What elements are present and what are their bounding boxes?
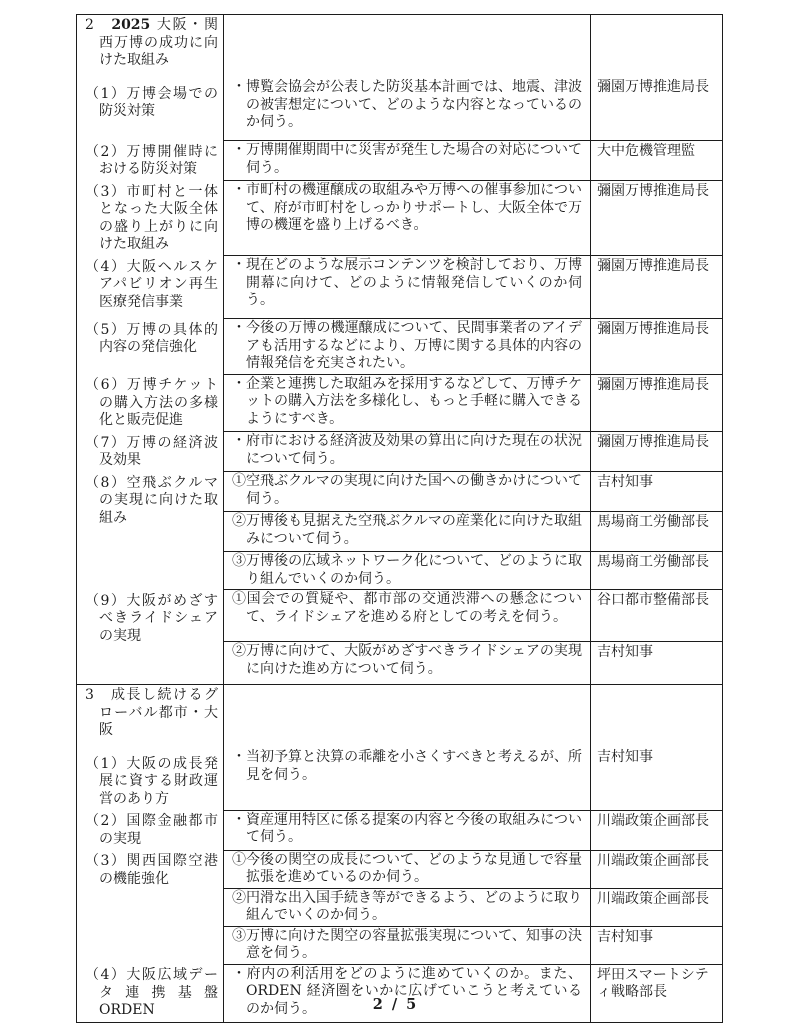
topic-cell: （3）関西国際空港の機能強化: [77, 850, 224, 964]
topic-cell: （4）大阪広域データ連携基盤 ORDEN: [77, 964, 224, 1022]
respondent-cell: 彌園万博推進局長: [591, 319, 723, 375]
section-heading-bold: 2025: [111, 17, 157, 33]
respondent-name: 彌園万博推進局長: [597, 434, 718, 452]
respondent-name: 彌園万博推進局長: [597, 321, 718, 339]
table-row: （3）市町村と一体となった大阪全体の盛り上がりに向けた取組み・市町村の機運醸成の…: [77, 181, 723, 256]
table-row: （5）万博の具体的内容の発信強化・今後の万博の機運醸成について、民間事業者のアイ…: [77, 319, 723, 375]
respondent-name: 川端政策企画部長: [597, 813, 718, 831]
question-cell: ②万博に向けて、大阪がめざすべきライドシェアの実現に向けた進め方について伺う。: [224, 642, 591, 685]
topic-cell: （4）大阪ヘルスケアパビリオン再生医療発信事業: [77, 256, 224, 319]
question-cell: ・資産運用特区に係る提案の内容と今後の取組みについて伺う。: [224, 810, 591, 850]
respondent-cell: 吉村知事: [591, 642, 723, 685]
page-number: 2 / 5: [0, 996, 791, 1013]
respondent-cell: 馬場商工労働部長: [591, 512, 723, 552]
respondent-name: 吉村知事: [597, 749, 718, 767]
question-text: ・企業と連携した取組みを採用するなどして、万博チケットの購入方法を多様化し、もっ…: [232, 376, 582, 429]
topic-cell: （2）万博開催時における防災対策: [77, 141, 224, 181]
document-page: 2 2025 大阪・関西万博の成功に向けた取組み（1）万博会場での防災対策・博覧…: [0, 0, 791, 1024]
respondent-cell: 彌園万博推進局長: [591, 256, 723, 319]
question-cell: ②万博後も見据えた空飛ぶクルマの産業化に向けた取組みについて伺う。: [224, 512, 591, 552]
table-row: （4）大阪広域データ連携基盤 ORDEN・府内の利活用をどのように進めていくのか…: [77, 964, 723, 1022]
respondent-name: 谷口都市整備部長: [597, 592, 718, 610]
question-cell: ・今後の万博の機運醸成について、民間事業者のアイデアも活用するなどにより、万博に…: [224, 319, 591, 375]
question-cell: ①空飛ぶクルマの実現に向けた国への働きかけについて伺う。: [224, 472, 591, 512]
question-text: ①空飛ぶクルマの実現に向けた国への働きかけについて伺う。: [232, 473, 582, 508]
topic-label: （4）大阪ヘルスケアパビリオン再生医療発信事業: [85, 259, 218, 312]
respondent-name: 川端政策企画部長: [597, 853, 718, 871]
topic-label: （8）空飛ぶクルマの実現に向けた取組み: [85, 475, 218, 528]
question-text: ①国会での質疑や、都市部の交通渋滞への懸念について、ライドシェアを進める府として…: [232, 591, 582, 626]
question-cell: ・府内の利活用をどのように進めていくのか。また、ORDEN 経済圏をいかに広げて…: [224, 964, 591, 1022]
respondent-cell: 川端政策企画部長: [591, 810, 723, 850]
section-heading-text: 成長し続けるグローバル都市・大阪: [99, 687, 218, 738]
topic-cell: 2 2025 大阪・関西万博の成功に向けた取組み（1）万博会場での防災対策: [77, 15, 224, 141]
question-text: ・府市における経済波及効果の算出に向けた現在の状況について伺う。: [232, 433, 582, 468]
section-heading: 3 成長し続けるグローバル都市・大阪: [85, 687, 218, 740]
respondent-name: 吉村知事: [597, 929, 718, 947]
question-cell: ①今後の関空の成長について、どのような見通しで容量拡張を進めているのか伺う。: [224, 850, 591, 888]
topic-label: （3）関西国際空港の機能強化: [85, 853, 218, 888]
topic-label: （9）大阪がめざすべきライドシェアの実現: [85, 593, 218, 646]
topic-cell: 3 成長し続けるグローバル都市・大阪（1）大阪の成長発展に資する財政運営のあり方: [77, 685, 224, 811]
respondent-cell: 吉村知事: [591, 472, 723, 512]
question-cell: ①国会での質疑や、都市部の交通渋滞への懸念について、ライドシェアを進める府として…: [224, 590, 591, 642]
question-text: ③万博後の広域ネットワーク化について、どのように取り組んでいくのか伺う。: [232, 553, 582, 588]
topic-label: （1）大阪の成長発展に資する財政運営のあり方: [85, 756, 218, 809]
topic-cell: （2）国際金融都市の実現: [77, 810, 224, 850]
respondent-name: 川端政策企画部長: [597, 891, 718, 909]
topic-label: （7）万博の経済波及効果: [85, 435, 218, 470]
respondent-name: 馬場商工労働部長: [597, 554, 718, 572]
table-row: （6）万博チケットの購入方法の多様化と販売促進・企業と連携した取組みを採用するな…: [77, 374, 723, 432]
respondent-cell: 川端政策企画部長: [591, 850, 723, 888]
respondent-name: 吉村知事: [597, 644, 718, 662]
section-number: 2: [85, 17, 111, 33]
table-row: （9）大阪がめざすべきライドシェアの実現①国会での質疑や、都市部の交通渋滞への懸…: [77, 590, 723, 642]
table-row: 3 成長し続けるグローバル都市・大阪（1）大阪の成長発展に資する財政運営のあり方…: [77, 685, 723, 811]
respondent-cell: 川端政策企画部長: [591, 888, 723, 926]
question-text: ・今後の万博の機運醸成について、民間事業者のアイデアも活用するなどにより、万博に…: [232, 320, 582, 373]
table-row: （2）国際金融都市の実現・資産運用特区に係る提案の内容と今後の取組みについて伺う…: [77, 810, 723, 850]
question-cell: ・企業と連携した取組みを採用するなどして、万博チケットの購入方法を多様化し、もっ…: [224, 374, 591, 432]
question-cell: ②円滑な出入国手続き等ができるよう、どのように取り組んでいくのか伺う。: [224, 888, 591, 926]
topic-cell: （7）万博の経済波及効果: [77, 432, 224, 472]
topic-label: （3）市町村と一体となった大阪全体の盛り上がりに向けた取組み: [85, 184, 218, 254]
respondent-cell: 馬場商工労働部長: [591, 552, 723, 590]
table-row: （4）大阪ヘルスケアパビリオン再生医療発信事業・現在どのような展示コンテンツを検…: [77, 256, 723, 319]
respondent-cell: 彌園万博推進局長: [591, 15, 723, 141]
respondent-cell: 大中危機管理監: [591, 141, 723, 181]
question-text: ②万博に向けて、大阪がめざすべきライドシェアの実現に向けた進め方について伺う。: [232, 643, 582, 678]
inquiry-table: 2 2025 大阪・関西万博の成功に向けた取組み（1）万博会場での防災対策・博覧…: [76, 14, 723, 1023]
topic-cell: （3）市町村と一体となった大阪全体の盛り上がりに向けた取組み: [77, 181, 224, 256]
question-cell: ・当初予算と決算の乖離を小さくすべきと考えるが、所見を伺う。: [224, 685, 591, 811]
respondent-name: 大中危機管理監: [597, 143, 718, 161]
table-row: 2 2025 大阪・関西万博の成功に向けた取組み（1）万博会場での防災対策・博覧…: [77, 15, 723, 141]
respondent-cell: 彌園万博推進局長: [591, 374, 723, 432]
table-row: （8）空飛ぶクルマの実現に向けた取組み①空飛ぶクルマの実現に向けた国への働きかけ…: [77, 472, 723, 512]
respondent-cell: 彌園万博推進局長: [591, 432, 723, 472]
topic-label: （5）万博の具体的内容の発信強化: [85, 322, 218, 357]
respondent-name: 彌園万博推進局長: [597, 377, 718, 395]
respondent-cell: 吉村知事: [591, 685, 723, 811]
question-text: ・資産運用特区に係る提案の内容と今後の取組みについて伺う。: [232, 812, 582, 847]
question-text: ・万博開催期間中に災害が発生した場合の対応について伺う。: [232, 142, 582, 177]
question-text: ・博覧会協会が公表した防災基本計画では、地震、津波の被害想定について、どのような…: [232, 79, 582, 132]
respondent-name: 彌園万博推進局長: [597, 258, 718, 276]
topic-cell: （6）万博チケットの購入方法の多様化と販売促進: [77, 374, 224, 432]
question-cell: ・博覧会協会が公表した防災基本計画では、地震、津波の被害想定について、どのような…: [224, 15, 591, 141]
section-number: 3: [85, 687, 111, 703]
topic-cell: （5）万博の具体的内容の発信強化: [77, 319, 224, 375]
respondent-name: 吉村知事: [597, 474, 718, 492]
topic-label: （1）万博会場での防災対策: [85, 86, 218, 121]
topic-label: （6）万博チケットの購入方法の多様化と販売促進: [85, 377, 218, 430]
table-row: （2）万博開催時における防災対策・万博開催期間中に災害が発生した場合の対応につい…: [77, 141, 723, 181]
topic-label: （2）国際金融都市の実現: [85, 813, 218, 848]
respondent-name: 馬場商工労働部長: [597, 514, 718, 532]
topic-label: （2）万博開催時における防災対策: [85, 144, 218, 179]
table-row: （3）関西国際空港の機能強化①今後の関空の成長について、どのような見通しで容量拡…: [77, 850, 723, 888]
table-row: （7）万博の経済波及効果・府市における経済波及効果の算出に向けた現在の状況につい…: [77, 432, 723, 472]
question-text: ・現在どのような展示コンテンツを検討しており、万博開幕に向けて、どのように情報発…: [232, 257, 582, 310]
question-text: ・当初予算と決算の乖離を小さくすべきと考えるが、所見を伺う。: [232, 749, 582, 784]
question-text: ②万博後も見据えた空飛ぶクルマの産業化に向けた取組みについて伺う。: [232, 513, 582, 548]
respondent-name: 彌園万博推進局長: [597, 79, 718, 97]
question-text: ③万博に向けた関空の容量拡張実現について、知事の決意を伺う。: [232, 928, 582, 963]
section-heading: 2 2025 大阪・関西万博の成功に向けた取組み: [85, 17, 218, 70]
question-text: ・市町村の機運醸成の取組みや万博への催事参加について、府が市町村をしっかりサポー…: [232, 182, 582, 235]
question-text: ①今後の関空の成長について、どのような見通しで容量拡張を進めているのか伺う。: [232, 852, 582, 887]
respondent-cell: 彌園万博推進局長: [591, 181, 723, 256]
respondent-cell: 坪田スマートシティ戦略部長: [591, 964, 723, 1022]
question-text: ②円滑な出入国手続き等ができるよう、どのように取り組んでいくのか伺う。: [232, 890, 582, 925]
question-cell: ・市町村の機運醸成の取組みや万博への催事参加について、府が市町村をしっかりサポー…: [224, 181, 591, 256]
question-cell: ・現在どのような展示コンテンツを検討しており、万博開幕に向けて、どのように情報発…: [224, 256, 591, 319]
question-cell: ③万博に向けた関空の容量拡張実現について、知事の決意を伺う。: [224, 926, 591, 964]
respondent-cell: 谷口都市整備部長: [591, 590, 723, 642]
topic-cell: （8）空飛ぶクルマの実現に向けた取組み: [77, 472, 224, 590]
question-cell: ・万博開催期間中に災害が発生した場合の対応について伺う。: [224, 141, 591, 181]
topic-cell: （9）大阪がめざすべきライドシェアの実現: [77, 590, 224, 685]
question-cell: ・府市における経済波及効果の算出に向けた現在の状況について伺う。: [224, 432, 591, 472]
respondent-cell: 吉村知事: [591, 926, 723, 964]
respondent-name: 彌園万博推進局長: [597, 183, 718, 201]
question-cell: ③万博後の広域ネットワーク化について、どのように取り組んでいくのか伺う。: [224, 552, 591, 590]
